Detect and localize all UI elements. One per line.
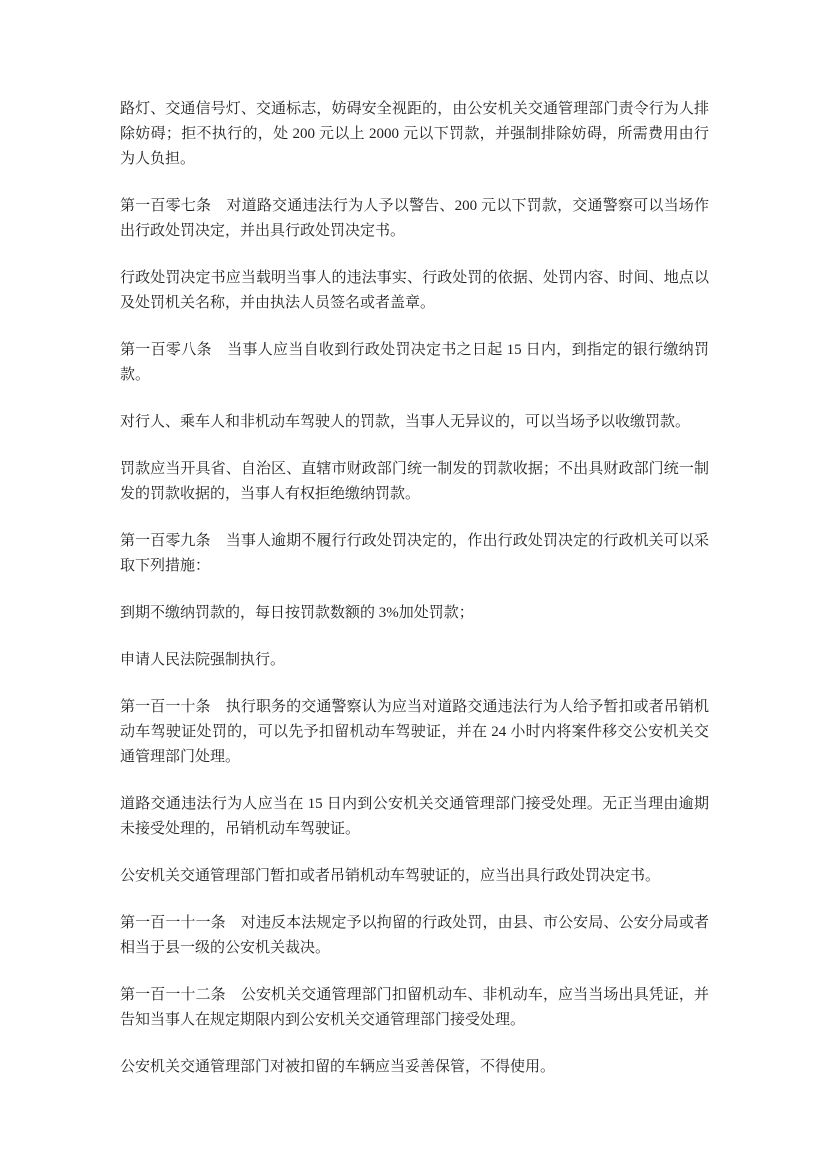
paragraph-article-107-continued: 行政处罚决定书应当载明当事人的违法事实、行政处罚的依据、处罚内容、时间、地点以及… — [120, 266, 709, 316]
paragraph-article-110-continued-1: 道路交通违法行为人应当在 15 日内到公安机关交通管理部门接受处理。无正当理由逾… — [120, 792, 709, 842]
document-page: 路灯、交通信号灯、交通标志，妨碍安全视距的，由公安机关交通管理部门责令行为人排除… — [0, 0, 827, 1170]
paragraph-article-112-continued: 公安机关交通管理部门对被扣留的车辆应当妥善保管，不得使用。 — [120, 1055, 709, 1080]
paragraph-article-109-item-2: 申请人民法院强制执行。 — [120, 648, 709, 673]
paragraph-article-111: 第一百一十一条 对违反本法规定予以拘留的行政处罚，由县、市公安局、公安分局或者相… — [120, 911, 709, 961]
paragraph-article-106-continuation: 路灯、交通信号灯、交通标志，妨碍安全视距的，由公安机关交通管理部门责令行为人排除… — [120, 97, 709, 172]
paragraph-article-110-continued-2: 公安机关交通管理部门暂扣或者吊销机动车驾驶证的，应当出具行政处罚决定书。 — [120, 864, 709, 889]
paragraph-article-107: 第一百零七条 对道路交通违法行为人予以警告、200 元以下罚款，交通警察可以当场… — [120, 194, 709, 244]
paragraph-article-109: 第一百零九条 当事人逾期不履行行政处罚决定的，作出行政处罚决定的行政机关可以采取… — [120, 529, 709, 579]
paragraph-article-108-continued-1: 对行人、乘车人和非机动车驾驶人的罚款，当事人无异议的，可以当场予以收缴罚款。 — [120, 410, 709, 435]
document-body: 路灯、交通信号灯、交通标志，妨碍安全视距的，由公安机关交通管理部门责令行为人排除… — [120, 97, 709, 1102]
paragraph-article-108: 第一百零八条 当事人应当自收到行政处罚决定书之日起 15 日内，到指定的银行缴纳… — [120, 338, 709, 388]
paragraph-article-110: 第一百一十条 执行职务的交通警察认为应当对道路交通违法行为人给予暂扣或者吊销机动… — [120, 695, 709, 770]
paragraph-article-109-item-1: 到期不缴纳罚款的，每日按罚款数额的 3%加处罚款； — [120, 601, 709, 626]
paragraph-article-112: 第一百一十二条 公安机关交通管理部门扣留机动车、非机动车，应当当场出具凭证，并告… — [120, 983, 709, 1033]
paragraph-article-108-continued-2: 罚款应当开具省、自治区、直辖市财政部门统一制发的罚款收据；不出具财政部门统一制发… — [120, 457, 709, 507]
